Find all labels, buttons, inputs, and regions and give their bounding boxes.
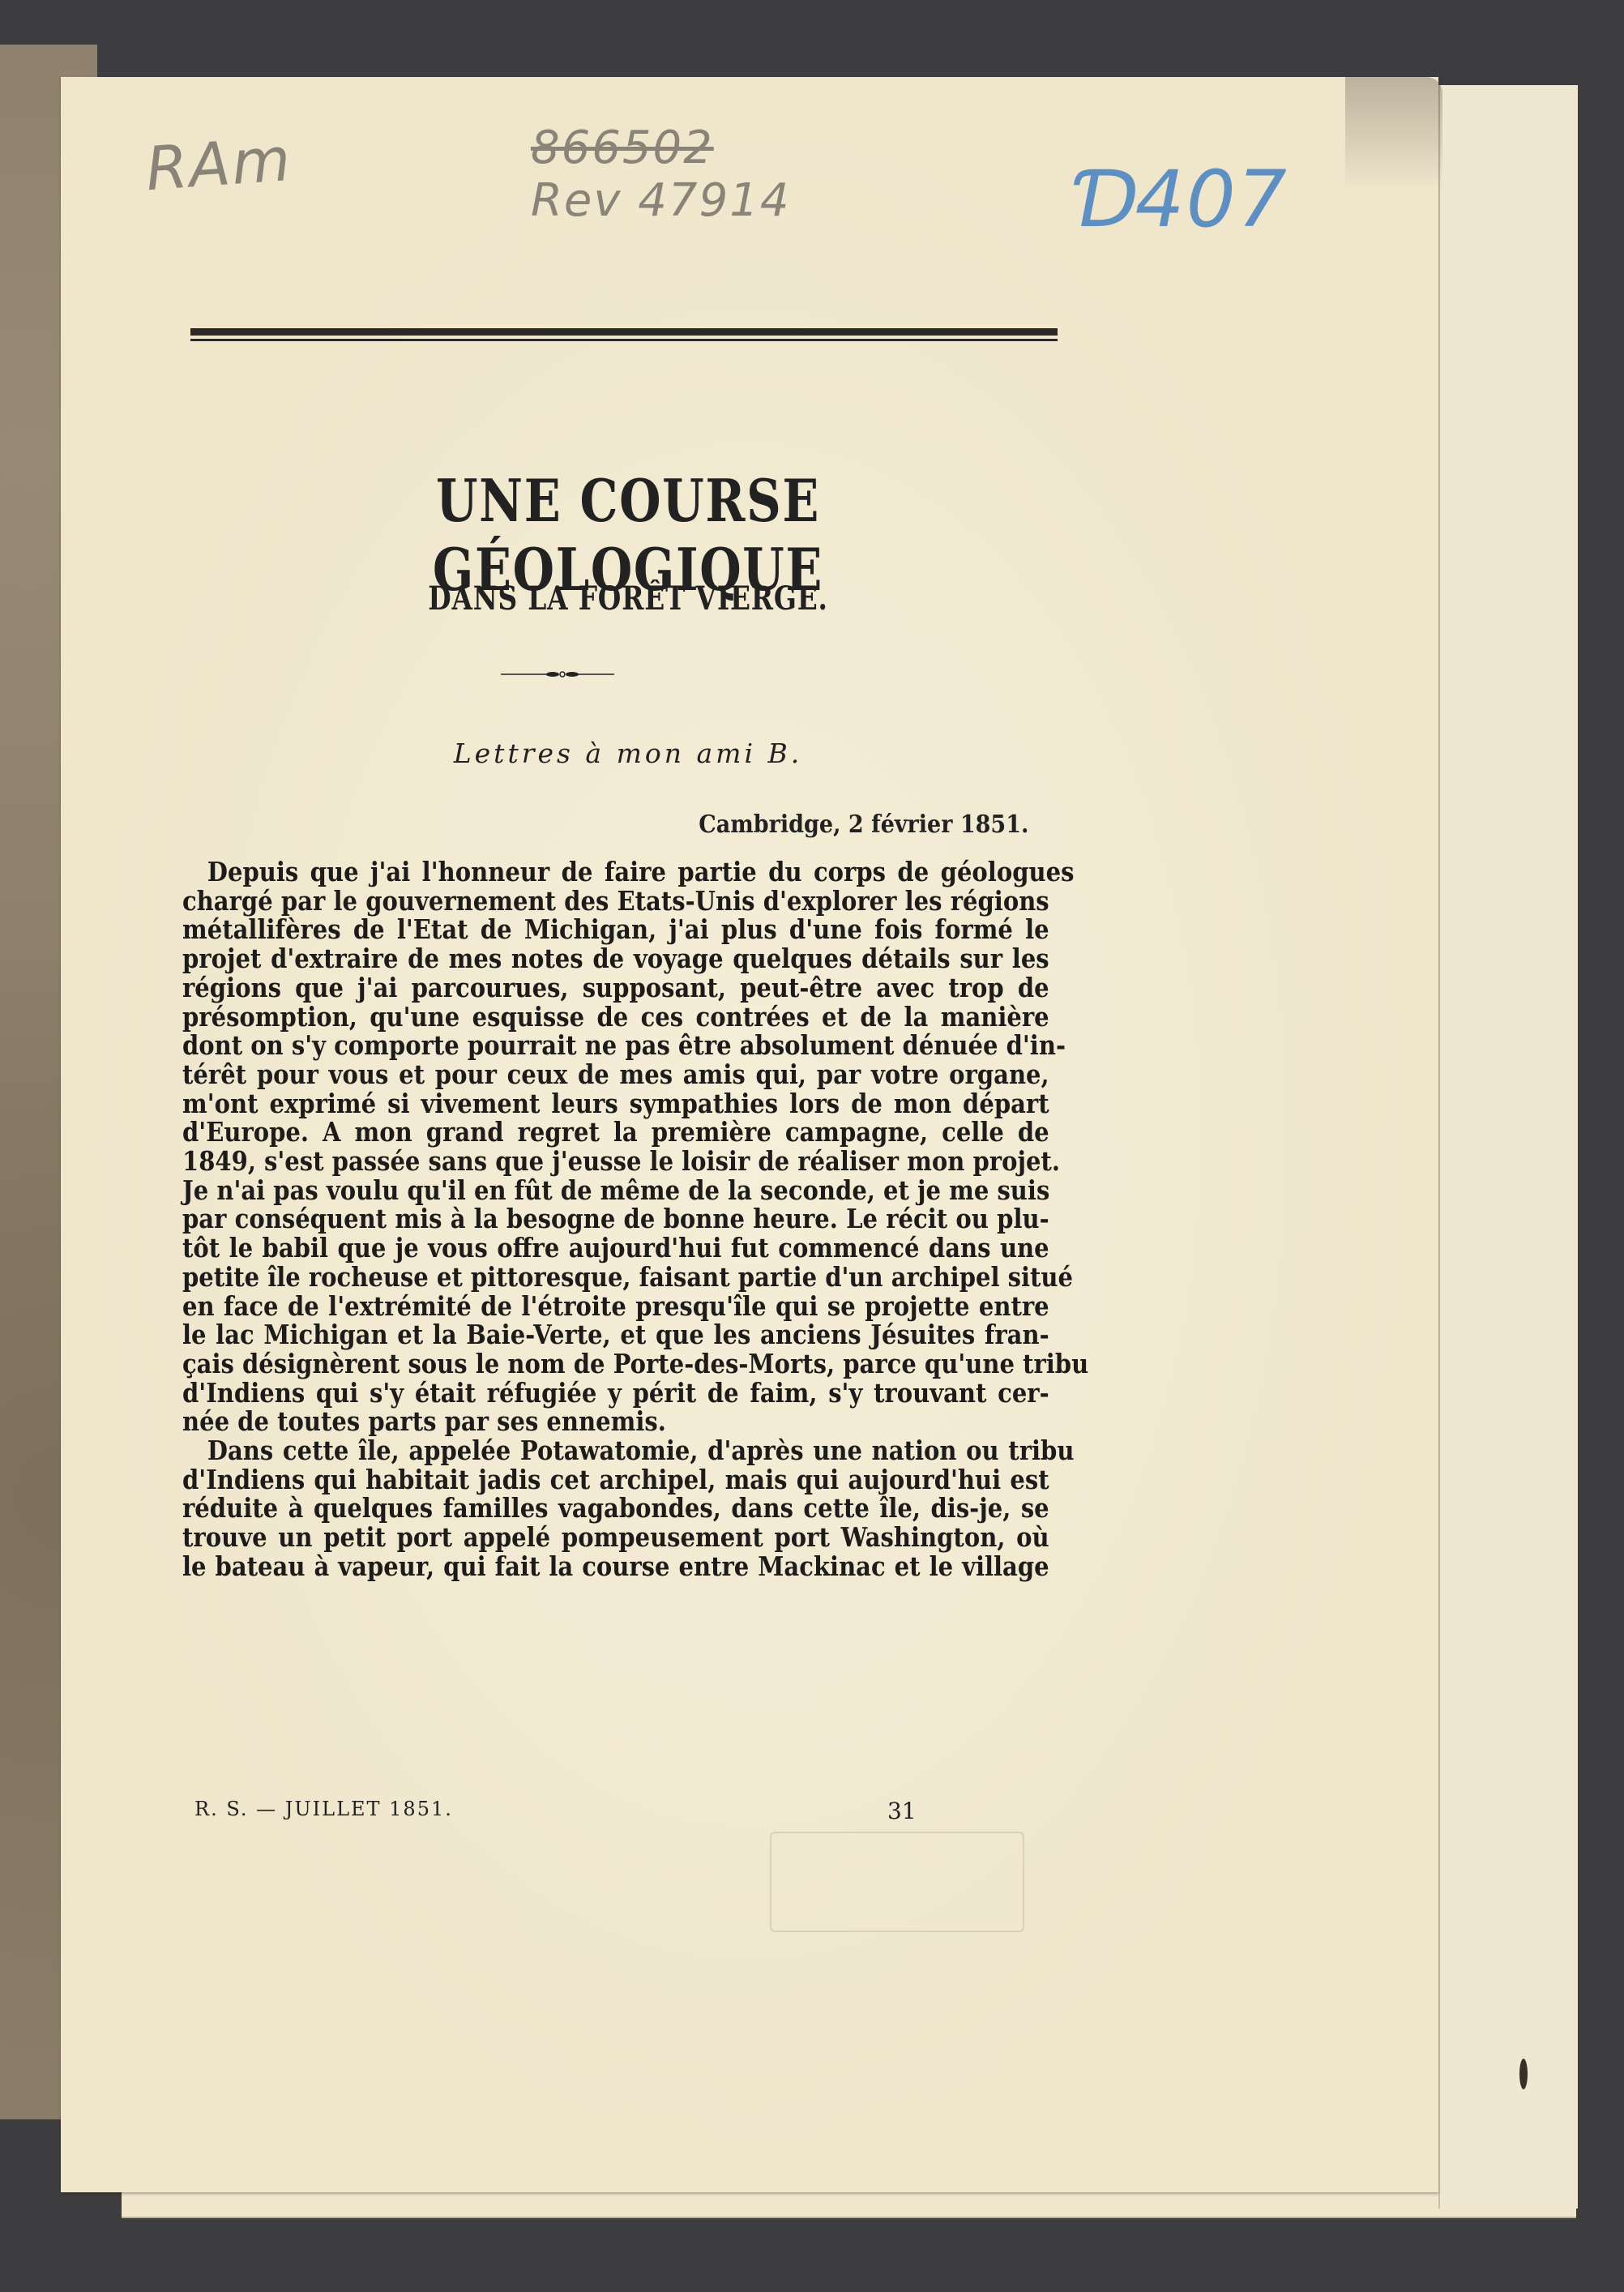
header-double-rule [190, 328, 1058, 341]
body-line: chargé par le gouvernement des Etats-Uni… [182, 887, 1049, 916]
body-line: d'Europe. A mon grand regret la première… [182, 1118, 1049, 1147]
body-line: présomption, qu'une esquisse de ces cont… [182, 1003, 1049, 1032]
pencil-annotation-ref: Rev 47914 [531, 174, 790, 227]
body-line: en face de l'extrémité de l'étroite pres… [182, 1292, 1049, 1321]
body-line: Depuis que j'ai l'honneur de faire parti… [182, 857, 1074, 887]
letter-dateline: Cambridge, 2 février 1851. [699, 810, 1028, 839]
body-line: Dans cette île, appelée Potawatomie, d'a… [182, 1436, 1074, 1465]
body-line: çais désignèrent sous le nom de Porte-de… [182, 1349, 1049, 1379]
page-number: 31 [887, 1798, 917, 1824]
body-line: née de toutes parts par ses ennemis. [182, 1407, 1049, 1436]
pencil-annotation-left: RAm [143, 125, 294, 204]
body-line: réduite à quelques familles vagabondes, … [182, 1494, 1049, 1523]
body-line: métallifères de l'Etat de Michigan, j'ai… [182, 915, 1049, 944]
footer-signature: R. S. — JUILLET 1851. [194, 1798, 924, 1820]
body-line: dont on s'y comporte pourrait ne pas êtr… [182, 1031, 1049, 1060]
body-line: le lac Michigan et la Baie-Verte, et que… [182, 1320, 1049, 1349]
page-stain [1345, 77, 1442, 190]
body-line: 1849, s'est passée sans que j'eusse le l… [182, 1147, 1049, 1176]
show-through-stamp [770, 1832, 1024, 1932]
body-line: par conséquent mis à la besogne de bonne… [182, 1204, 1049, 1234]
underlying-page-edge [1438, 85, 1578, 2209]
body-line: térêt pour vous et pour ceux de mes amis… [182, 1060, 1049, 1089]
body-line: trouve un petit port appelé pompeusement… [182, 1523, 1049, 1552]
body-line: Je n'ai pas voulu qu'il en fût de même d… [182, 1176, 1049, 1205]
body-line: d'Indiens qui habitait jadis cet archipe… [182, 1465, 1049, 1495]
paper-hole [1519, 2059, 1528, 2089]
blue-catalog-mark: Ɗ407 [1070, 154, 1289, 245]
body-line: régions que j'ai parcourues, supposant, … [182, 973, 1049, 1003]
body-line: tôt le babil que je vous offre aujourd'h… [182, 1234, 1049, 1263]
body-line: d'Indiens qui s'y était réfugiée y périt… [182, 1379, 1049, 1408]
body-line: petite île rocheuse et pittoresque, fais… [182, 1263, 1049, 1292]
ornament-divider-icon [501, 669, 614, 679]
body-line: le bateau à vapeur, qui fait la course e… [182, 1552, 1049, 1581]
article-body: Depuis que j'ai l'honneur de faire parti… [182, 857, 1049, 1581]
body-line: projet d'extraire de mes notes de voyage… [182, 944, 1049, 973]
pencil-annotation-struck: 866502 [531, 122, 714, 174]
body-line: m'ont exprimé si vivement leurs sympathi… [182, 1089, 1049, 1118]
article-subtitle: DANS LA FORÊT VIERGE. [246, 579, 1011, 618]
letter-salutation: Lettres à mon ami B. [162, 738, 1094, 769]
